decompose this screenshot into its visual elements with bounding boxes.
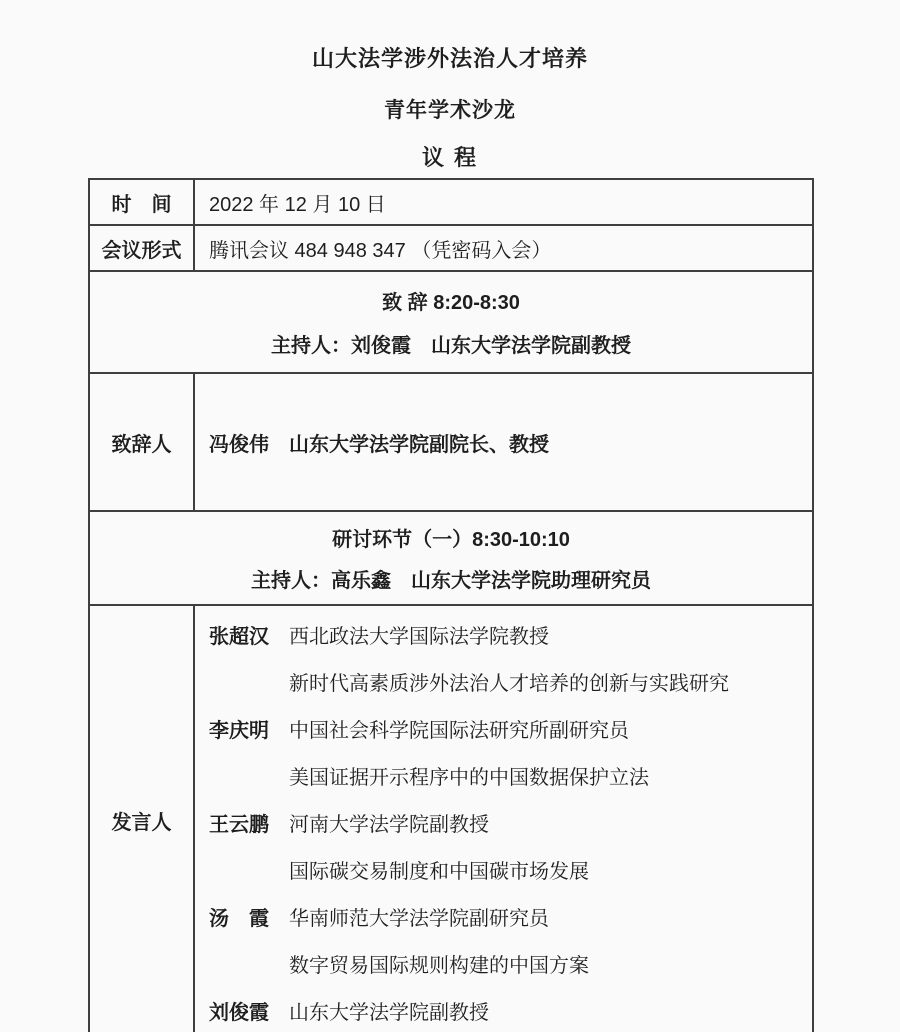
table-row-speakers: 发言人 张超汉 西北政法大学国际法学院教授 新时代高素质涉外法治人才培养的创新与…	[90, 604, 812, 1032]
speaker-topic: 美国证据开示程序中的中国数据保护立法	[209, 752, 812, 799]
speaker-item: 刘俊霞 山东大学法学院副教授	[209, 987, 812, 1032]
speakers-label: 发言人	[90, 606, 195, 1032]
opening-speaker-label: 致辞人	[90, 374, 195, 510]
speaker-name: 汤 霞	[209, 902, 289, 931]
speaker-line: 王云鹏 河南大学法学院副教授	[209, 799, 812, 846]
speaker-name: 王云鹏	[209, 808, 289, 837]
agenda-table: 时 间 2022 年 12 月 10 日 会议形式 腾讯会议 484 948 3…	[88, 178, 814, 1032]
speaker-affiliation: 河南大学法学院副教授	[289, 808, 489, 837]
speaker-affiliation: 山东大学法学院副教授	[289, 996, 489, 1025]
speaker-line: 张超汉 西北政法大学国际法学院教授	[209, 611, 812, 658]
time-value: 2022 年 12 月 10 日	[195, 180, 812, 224]
title-line-3: 议 程	[0, 145, 900, 171]
session1-host-line: 主持人：高乐鑫 山东大学法学院助理研究员	[90, 564, 812, 593]
format-label: 会议形式	[90, 226, 195, 270]
session1-heading: 研讨环节（一）8:30-10:10	[90, 523, 812, 552]
speaker-topic: 新时代高素质涉外法治人才培养的创新与实践研究	[209, 658, 812, 705]
document-header: 山大法学涉外法治人才培养 青年学术沙龙 议 程	[0, 0, 900, 171]
speaker-affiliation: 华南师范大学法学院副研究员	[289, 902, 549, 931]
title-line-1: 山大法学涉外法治人才培养	[0, 0, 900, 72]
speaker-affiliation: 西北政法大学国际法学院教授	[289, 620, 549, 649]
speaker-line: 汤 霞 华南师范大学法学院副研究员	[209, 893, 812, 940]
table-row-format: 会议形式 腾讯会议 484 948 347 （凭密码入会）	[90, 224, 812, 270]
opening-speaker-line: 冯俊伟 山东大学法学院副院长、教授	[195, 374, 812, 510]
speakers-list: 张超汉 西北政法大学国际法学院教授 新时代高素质涉外法治人才培养的创新与实践研究…	[195, 606, 812, 1032]
speaker-item: 王云鹏 河南大学法学院副教授 国际碳交易制度和中国碳市场发展	[209, 799, 812, 893]
speaker-affiliation: 中国社会科学院国际法研究所副研究员	[289, 714, 629, 743]
section-session-1: 研讨环节（一）8:30-10:10 主持人：高乐鑫 山东大学法学院助理研究员	[90, 510, 812, 604]
speaker-line: 刘俊霞 山东大学法学院副教授	[209, 987, 812, 1032]
speaker-item: 汤 霞 华南师范大学法学院副研究员 数字贸易国际规则构建的中国方案	[209, 893, 812, 987]
speaker-line: 李庆明 中国社会科学院国际法研究所副研究员	[209, 705, 812, 752]
table-row-opening-speaker: 致辞人 冯俊伟 山东大学法学院副院长、教授	[90, 372, 812, 510]
agenda-document: 山大法学涉外法治人才培养 青年学术沙龙 议 程 时 间 2022 年 12 月 …	[0, 0, 900, 1032]
section-opening-remarks: 致 辞 8:20-8:30 主持人：刘俊霞 山东大学法学院副教授	[90, 270, 812, 372]
opening-host-line: 主持人：刘俊霞 山东大学法学院副教授	[90, 329, 812, 358]
speaker-topic: 国际碳交易制度和中国碳市场发展	[209, 846, 812, 893]
speaker-name: 张超汉	[209, 620, 289, 649]
opening-heading: 致 辞 8:20-8:30	[90, 286, 812, 315]
speaker-name: 刘俊霞	[209, 996, 289, 1025]
format-value: 腾讯会议 484 948 347 （凭密码入会）	[195, 226, 812, 270]
speaker-name: 李庆明	[209, 714, 289, 743]
speaker-topic: 数字贸易国际规则构建的中国方案	[209, 940, 812, 987]
speaker-item: 张超汉 西北政法大学国际法学院教授 新时代高素质涉外法治人才培养的创新与实践研究	[209, 611, 812, 705]
speaker-item: 李庆明 中国社会科学院国际法研究所副研究员 美国证据开示程序中的中国数据保护立法	[209, 705, 812, 799]
title-line-2: 青年学术沙龙	[0, 98, 900, 123]
table-row-time: 时 间 2022 年 12 月 10 日	[90, 180, 812, 224]
time-label: 时 间	[90, 180, 195, 224]
